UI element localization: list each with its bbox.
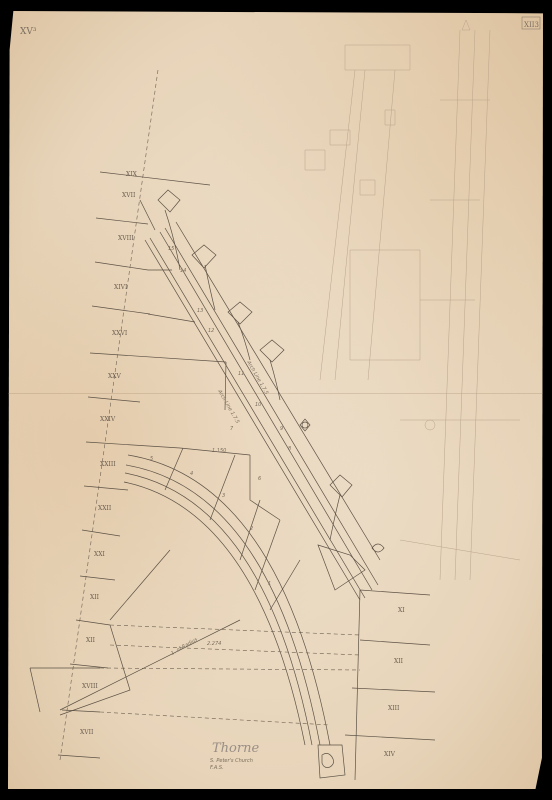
- course-label: XIX: [126, 171, 138, 178]
- voussoir-number: 6: [258, 476, 261, 482]
- dimension-note: 1.150: [212, 448, 226, 454]
- radius-note: 1. of Radius: [170, 637, 199, 657]
- course-labels-right: XI XII XIII XIV: [384, 607, 405, 758]
- voussoir-number: 4: [190, 471, 193, 477]
- course-label: XXI: [94, 551, 106, 558]
- course-label: XI: [398, 607, 405, 614]
- course-label: XVII: [80, 729, 94, 736]
- faint-elevation-sketch: [305, 20, 520, 580]
- voussoir-number: 9: [280, 426, 283, 432]
- voussoir-numbers: 15 14 13 12 11 10 9 8 7 6 5 4 3 2 1: [150, 246, 291, 587]
- course-label: XXVI: [112, 330, 128, 337]
- voussoir-number: 10: [255, 402, 261, 408]
- course-label: XXV: [108, 373, 122, 380]
- course-label: XIV: [384, 751, 396, 758]
- sheet-number-right: XII3: [524, 21, 539, 29]
- datum-line: [60, 70, 158, 760]
- signature: Thorne: [212, 741, 259, 756]
- course-label: XVIII: [118, 235, 134, 242]
- course-labels-left: XIX XVII XVIII XIVI XXVI XXV XXIV XXIII …: [80, 171, 138, 736]
- course-label: XIVI: [114, 284, 128, 291]
- course-label: XVIII: [82, 683, 98, 690]
- voussoir-number: 3: [222, 493, 225, 499]
- voussoir-number: 7: [230, 426, 234, 432]
- course-label: XIII: [388, 705, 400, 712]
- voussoir-number: 11: [238, 371, 244, 377]
- course-label: XXII: [98, 505, 112, 512]
- crocket-blocks: [158, 190, 352, 540]
- sheet-number-left: XV³: [20, 27, 37, 37]
- voussoir-number: 14: [180, 268, 186, 274]
- voussoir-number: 5: [150, 456, 153, 462]
- course-label: XII: [86, 637, 96, 644]
- voussoir-number: 15: [168, 246, 174, 252]
- course-label: XXIII: [100, 461, 116, 468]
- voussoir-number: 13: [197, 308, 203, 314]
- architectural-drawing: XIX XVII XVIII XIVI XXVI XXV XXIV XXIII …: [0, 0, 552, 800]
- voussoir-number: 8: [288, 446, 291, 452]
- voussoir-number: 12: [208, 328, 214, 334]
- course-label: XXIV: [100, 416, 116, 423]
- signature-line: F.A.S.: [210, 765, 224, 771]
- construction-dash-lines: [100, 625, 360, 725]
- construction-lines: [60, 550, 240, 715]
- voussoir-number: 2: [250, 526, 253, 532]
- course-label: XII: [90, 594, 100, 601]
- voussoir-number: 1: [268, 581, 271, 587]
- course-label: XII: [394, 658, 404, 665]
- course-label: XVII: [122, 192, 136, 199]
- dimension-note: 2.274: [207, 641, 221, 647]
- signature-line: S. Peter's Church: [210, 758, 253, 764]
- arch-line-note: Arch Line 1.7.5: [245, 359, 270, 396]
